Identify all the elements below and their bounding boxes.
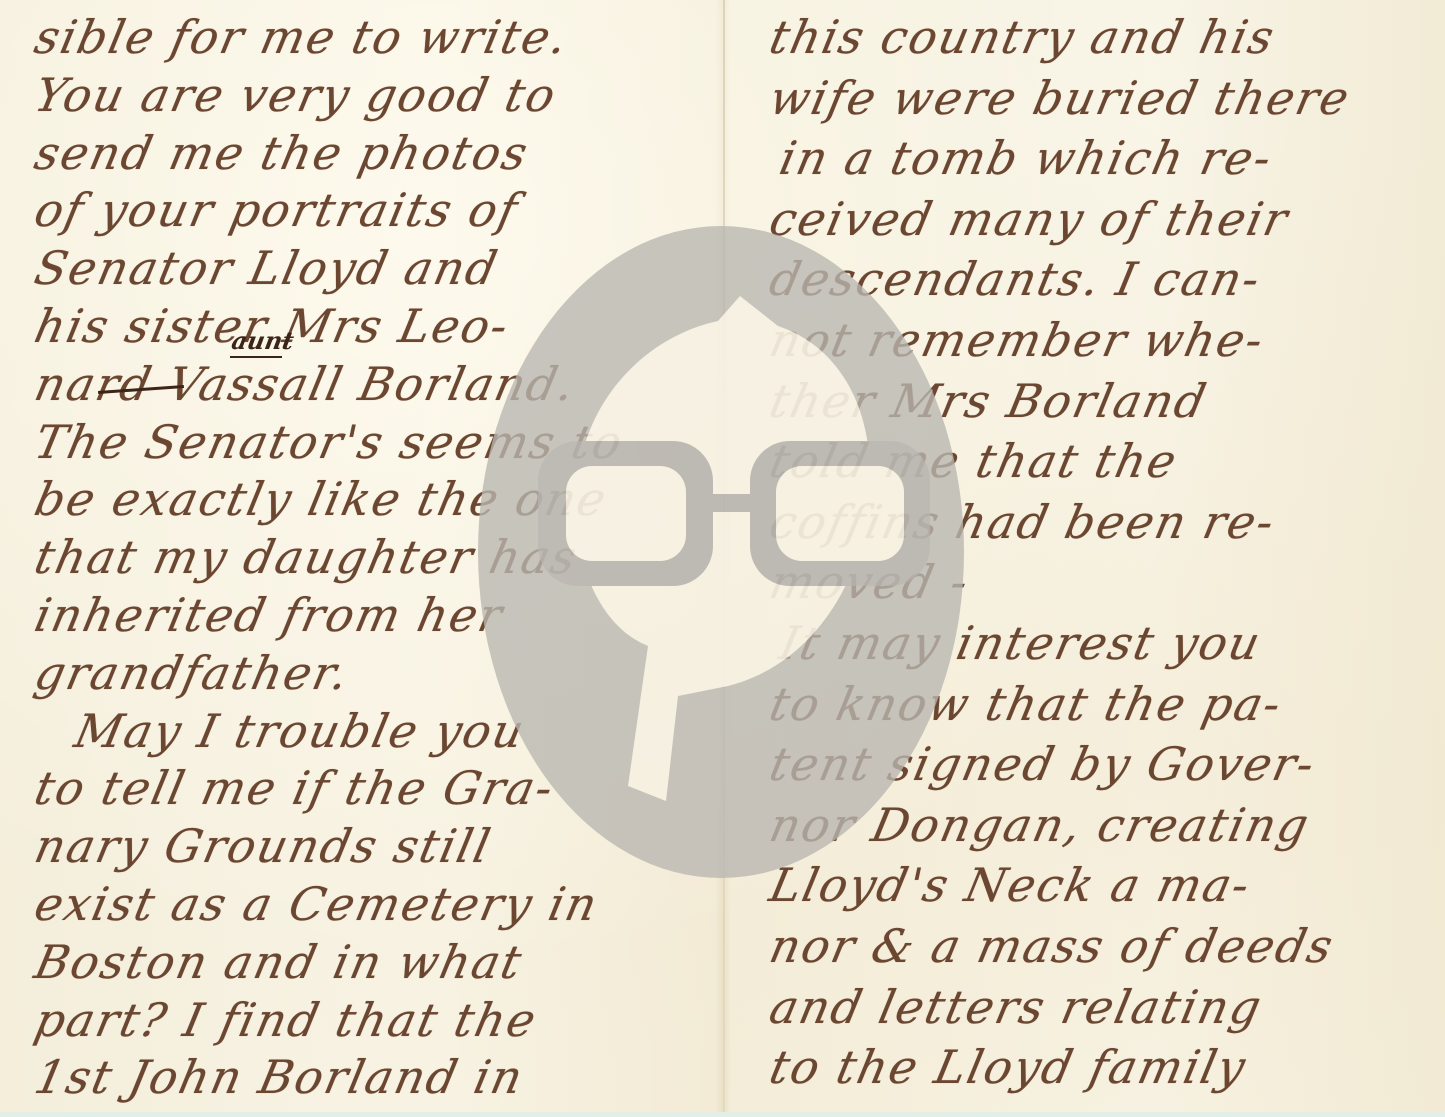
handwritten-line: The Senator's seems to — [30, 415, 629, 469]
handwritten-line: nor Dongan, creating — [765, 798, 1315, 852]
handwritten-line: that my daughter has — [30, 530, 583, 584]
handwritten-line: ceived many of their — [765, 192, 1294, 246]
handwritten-line: Senator Lloyd and — [30, 241, 504, 295]
handwritten-line: Lloyd's Neck a ma- — [765, 858, 1256, 912]
handwritten-line: nor & a mass of deeds — [765, 919, 1339, 973]
handwritten-line: nard Vassall Borland. — [30, 357, 581, 411]
handwritten-line: grandfather. — [30, 646, 355, 700]
handwritten-line: to know that the pa- — [765, 677, 1287, 731]
handwritten-line: descendants. I can- — [765, 252, 1266, 306]
handwritten-line: send me the photos — [30, 126, 534, 180]
insertion-underline — [230, 356, 282, 358]
handwritten-line: exist as a Cemetery in — [30, 877, 604, 931]
handwritten-line: ther Mrs Borland — [765, 374, 1212, 428]
handwritten-insertion: aunt — [229, 326, 296, 355]
handwritten-line: nary Grounds still — [30, 819, 497, 873]
handwritten-line: not remember whe- — [765, 313, 1270, 367]
handwritten-line: wife were buried there — [765, 71, 1355, 125]
handwritten-line: to the Lloyd family — [765, 1040, 1252, 1094]
handwritten-line: inherited from her — [30, 588, 509, 642]
handwritten-line: tent signed by Gover- — [765, 737, 1321, 791]
right-page: this country and hiswife were buried the… — [725, 0, 1445, 1117]
handwritten-line: be exactly like the one — [30, 472, 613, 526]
handwritten-line: moved - — [765, 555, 975, 609]
handwritten-line: 1st John Borland in — [30, 1050, 529, 1104]
handwritten-line: part? I find that the — [30, 993, 542, 1047]
handwritten-line: of your portraits of — [30, 183, 524, 237]
handwritten-line: sible for me to write. — [30, 10, 574, 64]
handwritten-line: May I trouble you — [70, 704, 531, 758]
handwritten-line: and letters relating — [765, 980, 1268, 1034]
handwritten-line: Boston and in what — [30, 935, 528, 989]
handwritten-line: coffins had been re- — [765, 495, 1281, 549]
handwritten-line: It may interest you — [775, 616, 1267, 670]
handwritten-line: to tell me if the Gra- — [30, 761, 560, 815]
handwritten-line: this country and his — [765, 10, 1280, 64]
handwritten-line: You are very good to — [30, 68, 562, 122]
handwritten-line: told me that the — [765, 434, 1183, 488]
handwritten-line: in a tomb which re- — [775, 131, 1278, 185]
left-page: sible for me to write.You are very good … — [0, 0, 720, 1117]
scan-bottom-edge — [0, 1112, 1445, 1117]
